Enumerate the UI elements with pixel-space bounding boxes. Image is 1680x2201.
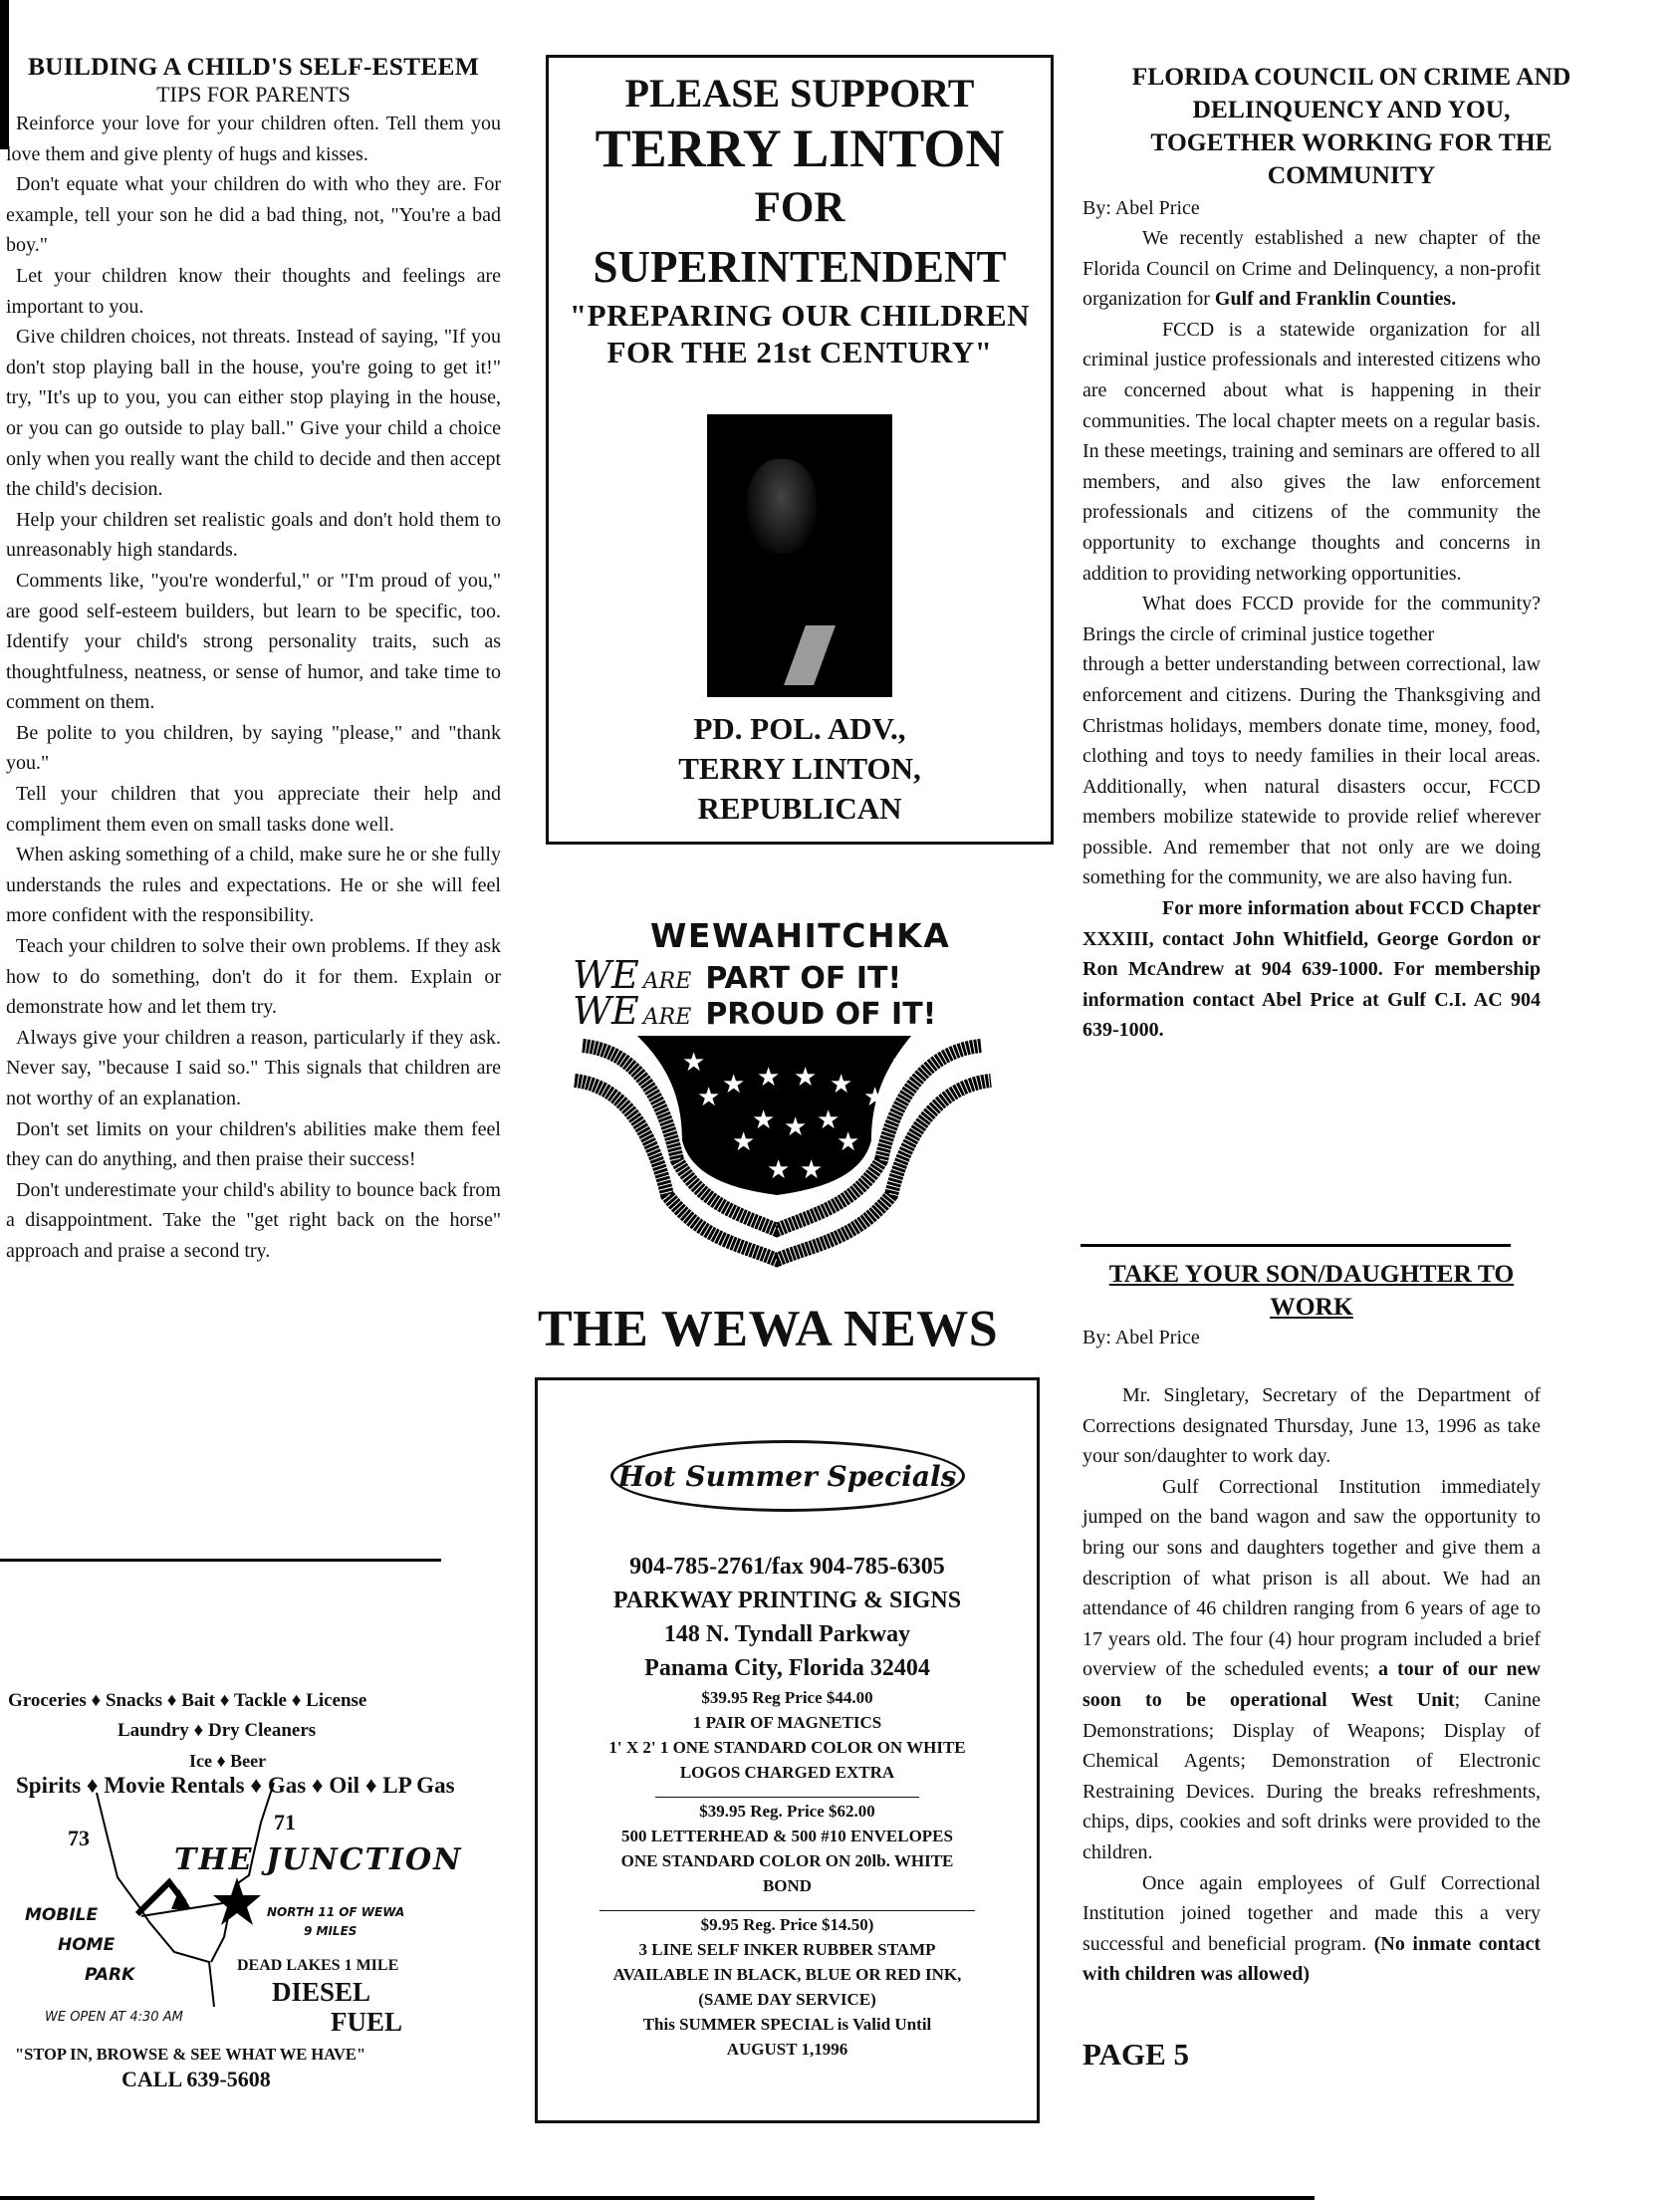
article-body: Mr. Singletary, Secretary of the Departm…	[1082, 1380, 1541, 1990]
paragraph: Don't underestimate your child's ability…	[6, 1175, 501, 1267]
special-price: $39.95 Reg Price $44.00	[538, 1685, 1037, 1710]
paragraph-text: Gulf Correctional Institution immediatel…	[1082, 1476, 1541, 1681]
proud-of-it-text: PROUD OF IT!	[705, 997, 936, 1032]
disclaimer-line: TERRY LINTON,	[549, 749, 1051, 789]
mobile-home-label: MOBILE	[25, 1905, 98, 1925]
paragraph: Tell your children that you appreciate t…	[6, 779, 501, 840]
newspaper-masthead: THE WEWA NEWS	[538, 1300, 998, 1358]
town-name: WEWAHITCHKA	[650, 916, 950, 955]
svg-text:★: ★	[732, 1127, 755, 1156]
paragraph: What does FCCD provide for the community…	[1082, 589, 1541, 649]
open-hours-label: WE OPEN AT 4:30 AM	[45, 2010, 183, 2025]
svg-text:★: ★	[722, 1070, 745, 1099]
paragraph: Let your children know their thoughts an…	[6, 261, 501, 322]
paragraph-text: ; Canine Demonstrations; Display of Weap…	[1082, 1689, 1541, 1863]
fuel-label: FUEL	[331, 2007, 402, 2038]
son-daughter-article: TAKE YOUR SON/DAUGHTER TO WORK By: Abel …	[1082, 1257, 1541, 1990]
ad-headline: PLEASE SUPPORT	[549, 70, 1051, 118]
paragraph: through a better understanding between c…	[1082, 649, 1541, 893]
dead-lakes-label: DEAD LAKES 1 MILE	[237, 1957, 398, 1975]
special-line: BOND	[538, 1873, 1037, 1898]
mobile-home-label: PARK	[85, 1965, 134, 1985]
contact-paragraph: For more information about FCCD Chapter …	[1082, 893, 1541, 1046]
paragraph: When asking something of a child, make s…	[6, 840, 501, 931]
svg-text:★: ★	[752, 1105, 775, 1134]
svg-text:★: ★	[784, 1112, 807, 1141]
article-title: WORK	[1082, 1290, 1541, 1323]
paragraph: Always give your children a reason, part…	[6, 1023, 501, 1114]
flag-bunting-icon: ★★ ★★★★ ★★ ★★★ ★★ ★★	[573, 1031, 1011, 1270]
svg-text:★: ★	[767, 1155, 790, 1184]
route-71-label: 71	[274, 1810, 296, 1835]
company-name: PARKWAY PRINTING & SIGNS	[538, 1584, 1037, 1617]
paragraph: Don't equate what your children do with …	[6, 169, 501, 261]
byline: By: Abel Price	[1082, 193, 1541, 223]
miles-label: 9 MILES	[304, 1924, 357, 1938]
article-subtitle: TIPS FOR PARENTS	[6, 82, 501, 108]
separator-rule	[600, 1910, 975, 1911]
printing-ad-box: Hot Summer Specials 904-785-2761/fax 904…	[535, 1377, 1040, 2123]
route-73-label: 73	[68, 1826, 90, 1851]
special-line: AUGUST 1,1996	[538, 2037, 1037, 2062]
paragraph: Reinforce your love for your children of…	[6, 109, 501, 169]
route-map-icon	[0, 1678, 498, 2096]
special-line: 1 PAIR OF MAGNETICS	[538, 1710, 1037, 1735]
slogan: "STOP IN, BROWSE & SEE WHAT WE HAVE"	[15, 2045, 365, 2065]
section-divider-rule	[1080, 1244, 1511, 1247]
svg-text:★: ★	[800, 1155, 823, 1184]
article-title: FLORIDA COUNCIL ON CRIME AND DELINQUENCY…	[1082, 60, 1620, 191]
svg-text:★: ★	[891, 1048, 914, 1077]
disclaimer: PD. POL. ADV., TERRY LINTON, REPUBLICAN	[549, 709, 1051, 829]
diesel-label: DIESEL	[272, 1977, 370, 2008]
svg-text:★: ★	[830, 1070, 852, 1099]
svg-text:★: ★	[757, 1063, 780, 1092]
disclaimer-line: PD. POL. ADV.,	[549, 709, 1051, 749]
store-name: THE JUNCTION	[174, 1842, 463, 1877]
special-line: LOGOS CHARGED EXTRA	[538, 1760, 1037, 1785]
special-line: 500 LETTERHEAD & 500 #10 ENVELOPES	[538, 1824, 1037, 1848]
political-ad-box: PLEASE SUPPORT TERRY LINTON FOR SUPERINT…	[546, 55, 1054, 845]
junction-store-ad: Groceries ♦ Snacks ♦ Bait ♦ Tackle ♦ Lic…	[0, 1678, 498, 2096]
candidate-name: TERRY LINTON	[549, 118, 1051, 179]
paragraph: Mr. Singletary, Secretary of the Departm…	[1082, 1380, 1541, 1472]
wewahitchka-pride-graphic: WEWAHITCHKA WE ARE PART OF IT! WE ARE PR…	[573, 901, 1051, 1280]
special-line: 3 LINE SELF INKER RUBBER STAMP	[538, 1937, 1037, 1962]
special-line: AVAILABLE IN BLACK, BLUE OR RED INK,	[538, 1962, 1037, 1987]
ad-for: FOR	[549, 179, 1051, 237]
paragraph: FCCD is a statewide organization for all…	[1082, 315, 1541, 589]
svg-text:★: ★	[863, 1083, 886, 1111]
article-title: TAKE YOUR SON/DAUGHTER TO	[1082, 1257, 1541, 1290]
paragraph: Give children choices, not threats. Inst…	[6, 322, 501, 505]
portrait-face	[747, 459, 817, 554]
title-line: COMMUNITY	[1082, 158, 1620, 191]
paragraph: Be polite to you children, by saying "pl…	[6, 718, 501, 779]
disclaimer-line: REPUBLICAN	[549, 789, 1051, 829]
are-word: ARE	[643, 1005, 692, 1030]
article-body: We recently established a new chapter of…	[1082, 223, 1541, 1046]
title-line: TOGETHER WORKING FOR THE	[1082, 125, 1620, 158]
article-body: Reinforce your love for your children of…	[6, 109, 501, 1267]
we-word: WE	[573, 989, 639, 1033]
bold-text: Gulf and Franklin Counties.	[1215, 288, 1456, 310]
page-bottom-rule	[0, 2196, 1315, 2200]
svg-text:★: ★	[837, 1127, 859, 1156]
special-line: (SAME DAY SERVICE)	[538, 1987, 1037, 2012]
page-number: PAGE 5	[1082, 2037, 1189, 2073]
phone-number: CALL 639-5608	[121, 2067, 271, 2092]
paragraph: Gulf Correctional Institution immediatel…	[1082, 1472, 1541, 1868]
paragraph: We recently established a new chapter of…	[1082, 223, 1541, 315]
svg-text:★: ★	[682, 1048, 705, 1077]
portrait-shirt	[784, 625, 836, 685]
title-line: DELINQUENCY AND YOU,	[1082, 93, 1620, 125]
special-line: 1' X 2' 1 ONE STANDARD COLOR ON WHITE	[538, 1735, 1037, 1760]
paragraph: Comments like, "you're wonderful," or "I…	[6, 566, 501, 718]
phone-fax: 904-785-2761/fax 904-785-6305	[538, 1550, 1037, 1584]
street-address: 148 N. Tyndall Parkway	[538, 1617, 1037, 1651]
north-of-wewa-label: NORTH 11 OF WEWA	[267, 1905, 404, 1919]
byline: By: Abel Price	[1082, 1323, 1541, 1352]
svg-text:★: ★	[697, 1083, 720, 1111]
mobile-home-label: HOME	[58, 1935, 115, 1955]
paragraph: Don't set limits on your children's abil…	[6, 1114, 501, 1175]
paragraph: Help your children set realistic goals a…	[6, 505, 501, 566]
city-address: Panama City, Florida 32404	[538, 1651, 1037, 1685]
fccd-article: FLORIDA COUNCIL ON CRIME AND DELINQUENCY…	[1082, 60, 1620, 1046]
title-line: FLORIDA COUNCIL ON CRIME AND	[1082, 60, 1620, 93]
svg-text:★: ★	[794, 1063, 817, 1092]
article-title: BUILDING A CHILD'S SELF-ESTEEM	[6, 52, 501, 82]
special-price: $39.95 Reg. Price $62.00	[538, 1799, 1037, 1824]
special-line: ONE STANDARD COLOR ON 20lb. WHITE	[538, 1848, 1037, 1873]
separator-rule	[655, 1797, 919, 1798]
special-line: This SUMMER SPECIAL is Valid Until	[538, 2012, 1037, 2037]
candidate-photo	[707, 414, 892, 697]
paragraph: Once again employees of Gulf Correctiona…	[1082, 1868, 1541, 1990]
paragraph: Teach your children to solve their own p…	[6, 931, 501, 1023]
special-price: $9.95 Reg. Price $14.50)	[538, 1912, 1037, 1937]
campaign-slogan: "PREPARING OUR CHILDREN	[549, 297, 1051, 334]
office-title: SUPERINTENDENT	[549, 237, 1051, 297]
campaign-slogan: FOR THE 21st CENTURY"	[549, 334, 1051, 370]
column-divider-rule	[0, 1559, 441, 1562]
hot-summer-specials-banner: Hot Summer Specials	[610, 1440, 965, 1512]
pride-line: WE ARE PROUD OF IT!	[573, 989, 936, 1033]
self-esteem-article: BUILDING A CHILD'S SELF-ESTEEM TIPS FOR …	[6, 52, 501, 1267]
